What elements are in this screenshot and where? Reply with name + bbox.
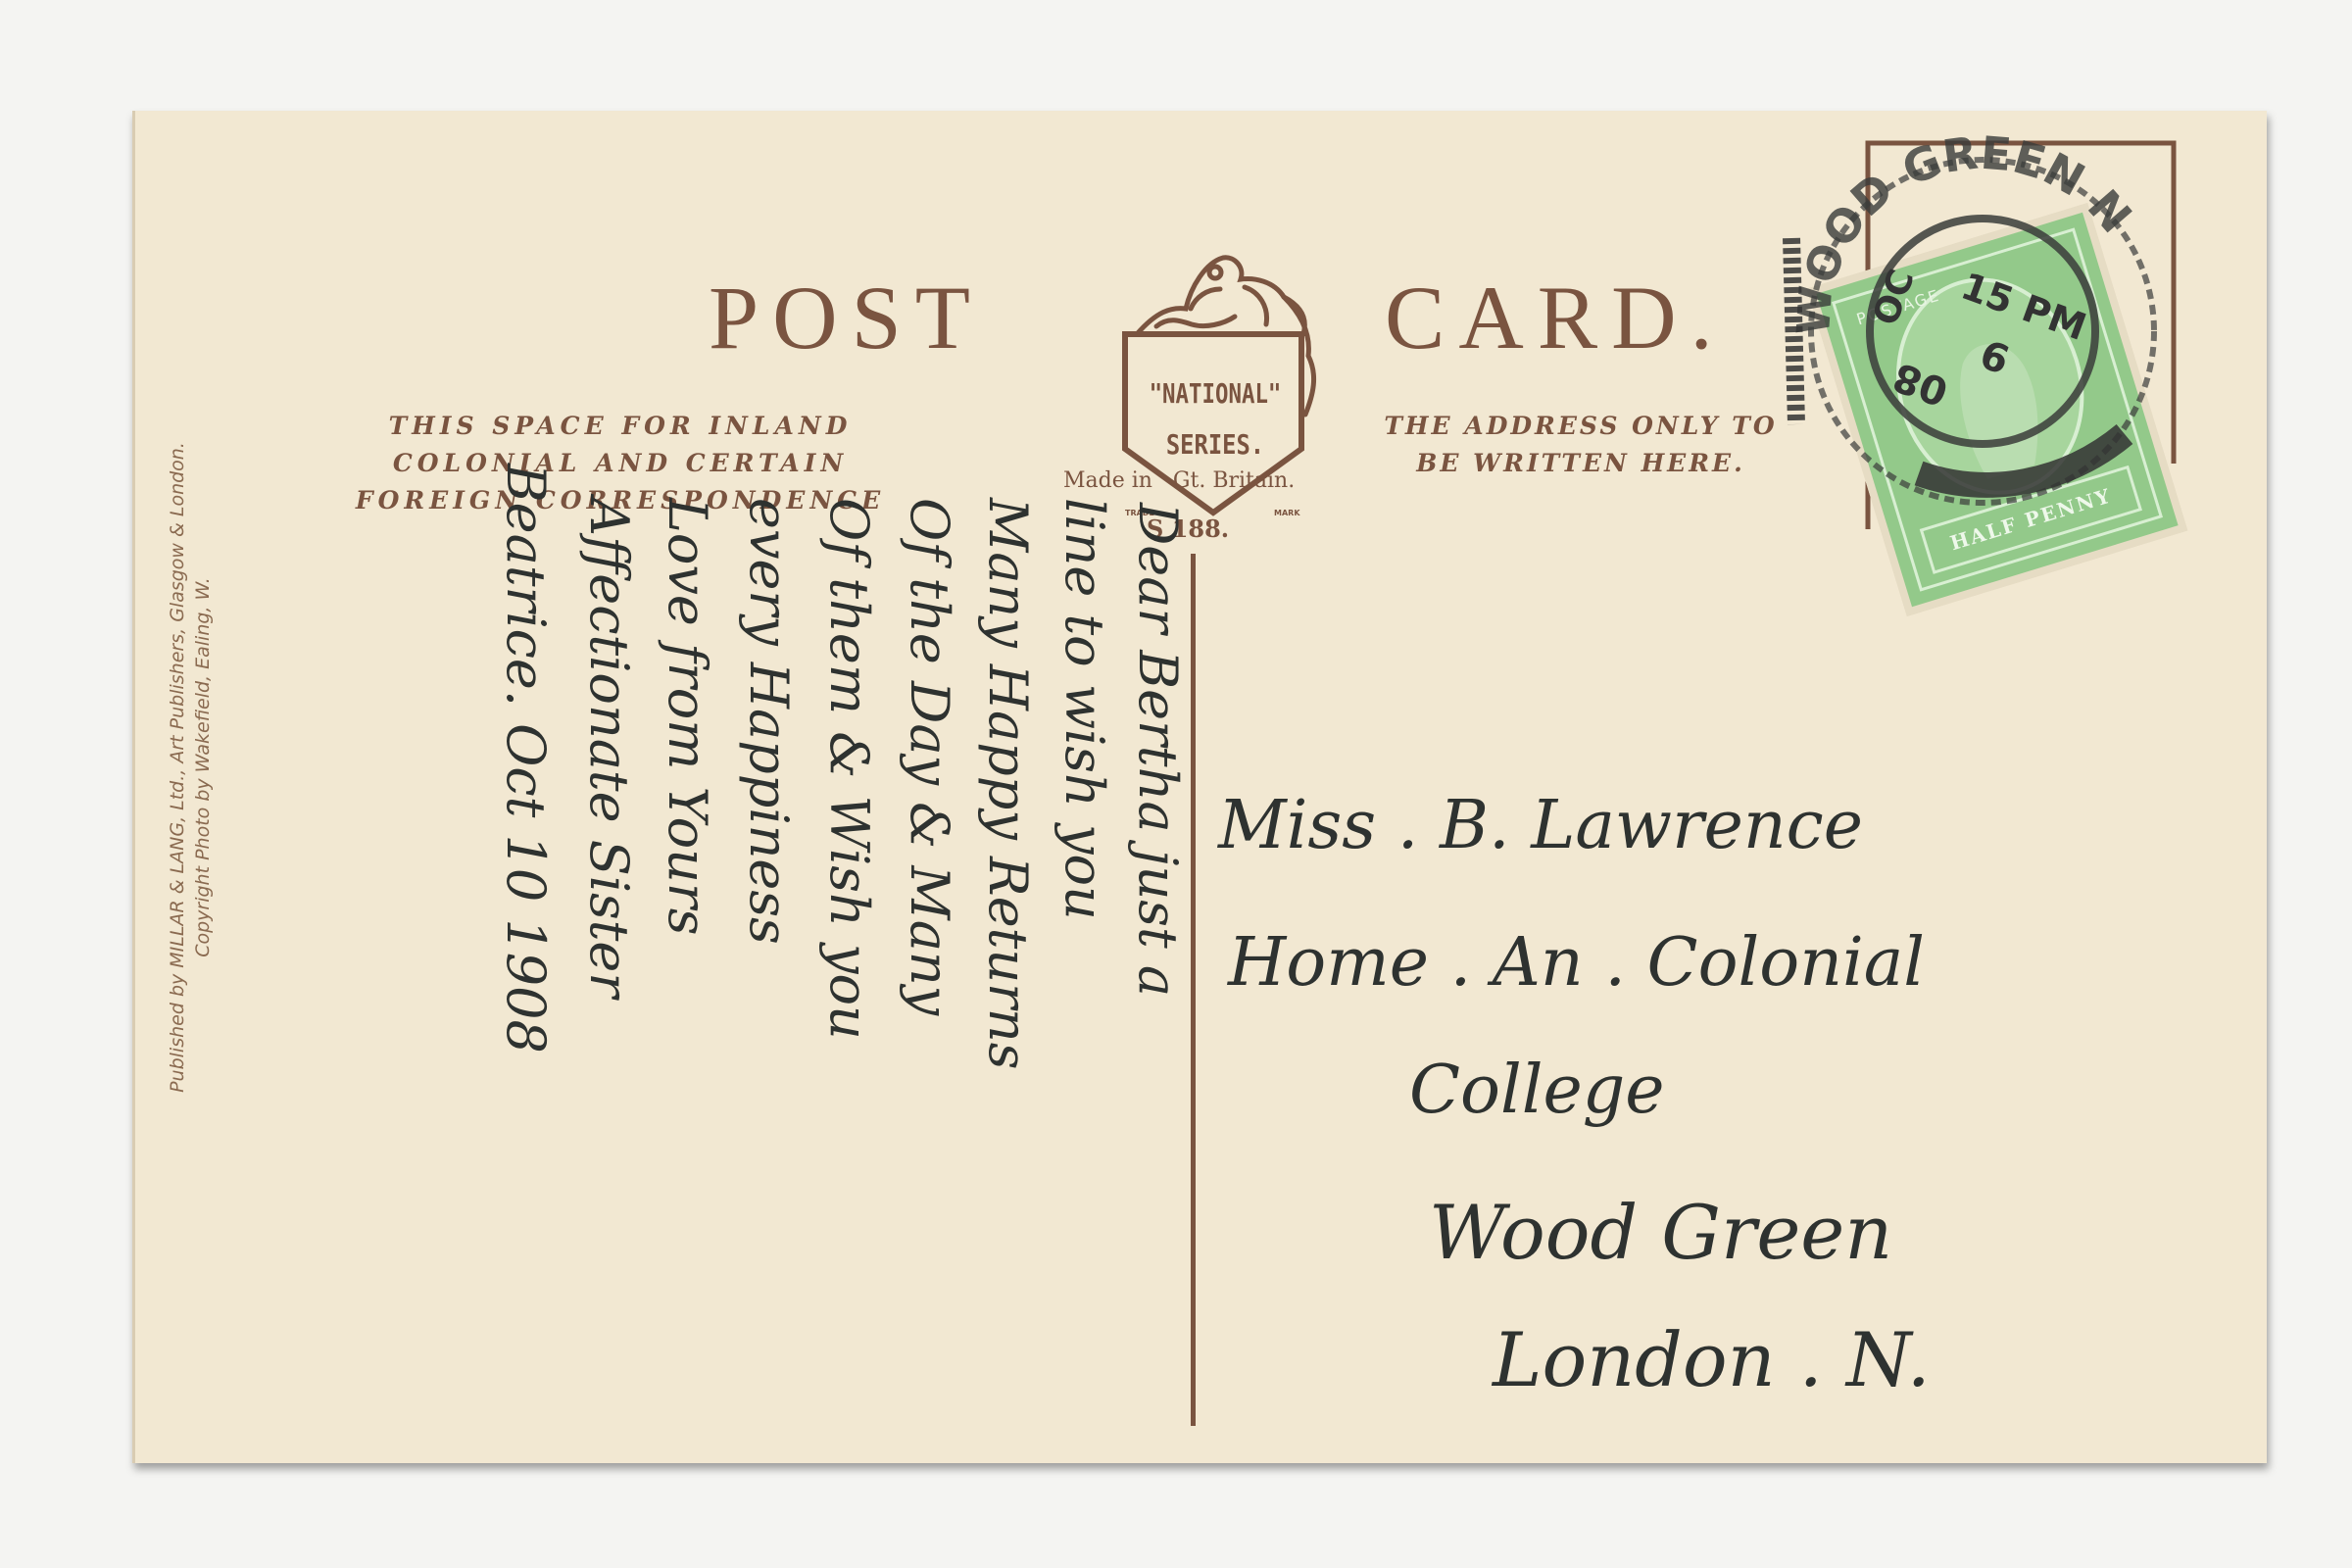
- message-line: Many Happy Returns: [977, 498, 1039, 1069]
- card-divider: [1191, 554, 1196, 1426]
- postmark-cancellation: WOOD GREEN N 15 PM OC 9 08: [1772, 111, 2183, 522]
- publisher-credit: Published by MILLAR & LANG, Ltd., Art Pu…: [165, 263, 216, 1272]
- message-line: line to wish you: [1053, 498, 1115, 920]
- postcard: Published by MILLAR & LANG, Ltd., Art Pu…: [132, 111, 2267, 1463]
- message-line: Of the Day & Many: [899, 498, 960, 1015]
- made-in-label: Made in Gt. Britain.: [1063, 468, 1295, 493]
- notice-line: COLONIAL AND CERTAIN: [326, 445, 914, 482]
- postmark-month: OC: [1866, 265, 1923, 331]
- national-series-logo: "NATIONAL" SERIES. TRADE MARK: [1098, 219, 1333, 542]
- address-line-5: London . N.: [1493, 1316, 1931, 1403]
- address-line-2: Home . An . Colonial: [1228, 924, 1925, 1002]
- heading-card: CARD.: [1385, 266, 1727, 369]
- mark-label: MARK: [1274, 509, 1300, 517]
- notice-line: THIS SPACE FOR INLAND: [326, 408, 914, 445]
- logo-series-text: SERIES.: [1115, 428, 1315, 461]
- notice-line: BE WRITTEN HERE.: [1350, 445, 1811, 482]
- message-line: Beatrice. Oct 10 1908: [495, 464, 557, 1053]
- address-line-3: College: [1409, 1052, 1664, 1129]
- notice-line: THE ADDRESS ONLY TO: [1350, 408, 1811, 445]
- publisher-line: Published by MILLAR & LANG, Ltd., Art Pu…: [165, 263, 190, 1272]
- postmark-time: 15 PM: [1956, 265, 2092, 349]
- heading-post: POST: [709, 266, 984, 369]
- message-line: every Happiness: [738, 498, 800, 945]
- message-line: Dear Bertha just a: [1127, 503, 1189, 997]
- message-line: Of them & Wish you: [818, 498, 880, 1040]
- message-line: Love from Yours: [657, 498, 718, 935]
- logo-national-text: "NATIONAL": [1121, 377, 1309, 410]
- photo-credit-line: Copyright Photo by Wakefield, Ealing, W.: [190, 263, 216, 1272]
- message-line: Affectionate Sister: [578, 498, 640, 998]
- address-line-1: Miss . B. Lawrence: [1218, 787, 1863, 864]
- postmark-day: 9: [1975, 329, 2016, 381]
- address-notice: THE ADDRESS ONLY TO BE WRITTEN HERE.: [1350, 408, 1811, 482]
- address-line-4: Wood Green: [1429, 1189, 1892, 1276]
